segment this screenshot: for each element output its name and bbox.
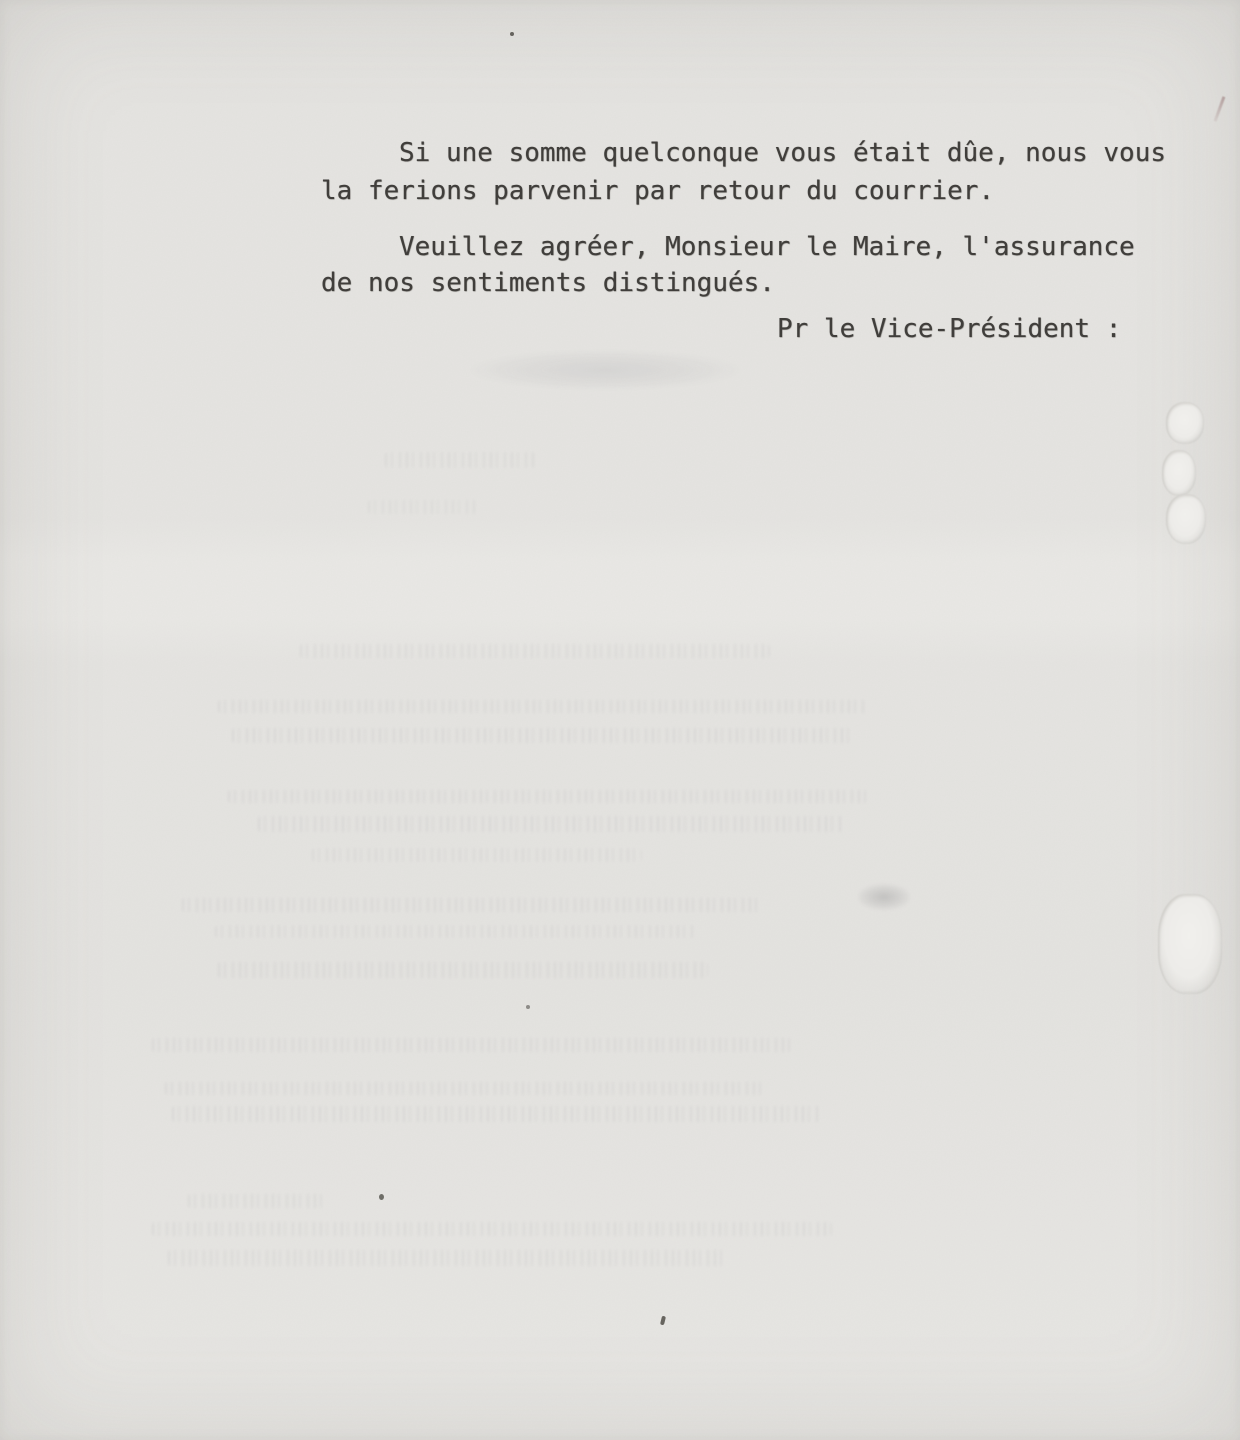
- ghost-text-band: [152, 1222, 832, 1236]
- paper-damage-blob: [1166, 494, 1206, 544]
- ink-speck: [526, 1005, 530, 1009]
- ghost-text-band: [172, 1106, 822, 1122]
- paper-damage-blob: [1162, 450, 1196, 496]
- letter-line-2: la ferions parvenir par retour du courri…: [321, 178, 994, 204]
- ghost-text-band: [165, 1082, 765, 1095]
- paper-damage-blob: [1158, 894, 1222, 994]
- ghost-text-band: [300, 644, 770, 658]
- letter-line-1: Si une somme quelconque vous était dûe, …: [399, 140, 1166, 166]
- signature-line: Pr le Vice-Président :: [777, 316, 1121, 342]
- ghost-text-band: [228, 790, 868, 803]
- comma-mark: [660, 1316, 666, 1326]
- letter-line-4: de nos sentiments distingués.: [321, 270, 775, 296]
- ghost-text-band: [152, 1038, 792, 1052]
- scanned-letter-page: Si une somme quelconque vous était dûe, …: [0, 0, 1240, 1440]
- ghost-text-band: [258, 816, 843, 832]
- gray-smudge: [858, 884, 910, 910]
- ghost-text-band: [218, 700, 868, 713]
- ghost-text-smudge: [470, 350, 740, 390]
- ghost-text-band: [168, 1250, 728, 1266]
- ghost-text-band: [385, 452, 535, 468]
- ghost-text-band: [215, 925, 695, 938]
- ink-speck: [510, 32, 514, 36]
- ink-speck: [379, 1194, 384, 1200]
- ghost-text-band: [368, 500, 478, 514]
- letter-line-3: Veuillez agréer, Monsieur le Maire, l'as…: [399, 234, 1135, 260]
- pen-stroke-mark: [1214, 96, 1226, 121]
- ghost-text-band: [232, 728, 852, 743]
- paper-damage-blob: [1166, 402, 1204, 444]
- ghost-text-band: [188, 1194, 323, 1208]
- ghost-text-band: [312, 848, 642, 862]
- ghost-text-band: [218, 962, 708, 978]
- ghost-text-band: [182, 898, 762, 912]
